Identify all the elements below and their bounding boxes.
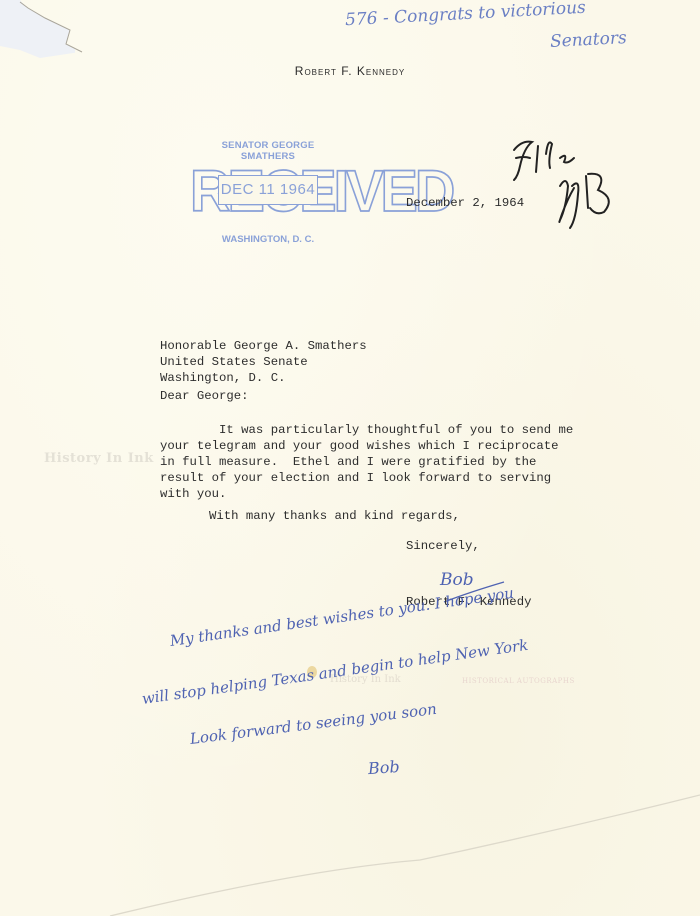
recipient-line: United States Senate xyxy=(160,354,367,370)
letter-date: December 2, 1964 xyxy=(406,195,524,211)
body-line: It was particularly thoughtful of you to… xyxy=(160,422,573,438)
recipient-line: Washington, D. C. xyxy=(160,370,367,386)
complimentary-close: Sincerely, xyxy=(406,538,480,554)
postscript-initials: Bob xyxy=(367,757,400,778)
recipient-address: Honorable George A. SmathersUnited State… xyxy=(160,338,367,386)
watermark-left: History In Ink xyxy=(44,451,154,466)
letter-page: 576 - Congrats to victorious Senators Ro… xyxy=(0,0,700,916)
received-stamp: SENATOR GEORGE SMATHERS RECEIVED DEC 11 … xyxy=(190,140,340,250)
stamp-location: WASHINGTON, D. C. xyxy=(198,234,338,245)
letterhead-name: Robert F. Kennedy xyxy=(0,64,700,78)
salutation: Dear George: xyxy=(160,388,249,404)
body-line: with you. xyxy=(160,486,573,502)
top-handwritten-note-line2: Senators xyxy=(550,28,628,52)
body-line: result of your election and I look forwa… xyxy=(160,470,573,486)
body-line: in full measure. Ethel and I were gratif… xyxy=(160,454,573,470)
recipient-line: Honorable George A. Smathers xyxy=(160,338,367,354)
body-line: your telegram and your good wishes which… xyxy=(160,438,573,454)
file-gas-handwritten-annotation xyxy=(508,128,638,238)
stamp-date: DEC 11 1964 xyxy=(218,181,318,198)
letter-body: It was particularly thoughtful of you to… xyxy=(160,422,573,502)
watermark-center-sub: HISTORICAL AUTOGRAPHS xyxy=(462,677,575,685)
closing-line: With many thanks and kind regards, xyxy=(209,508,460,524)
